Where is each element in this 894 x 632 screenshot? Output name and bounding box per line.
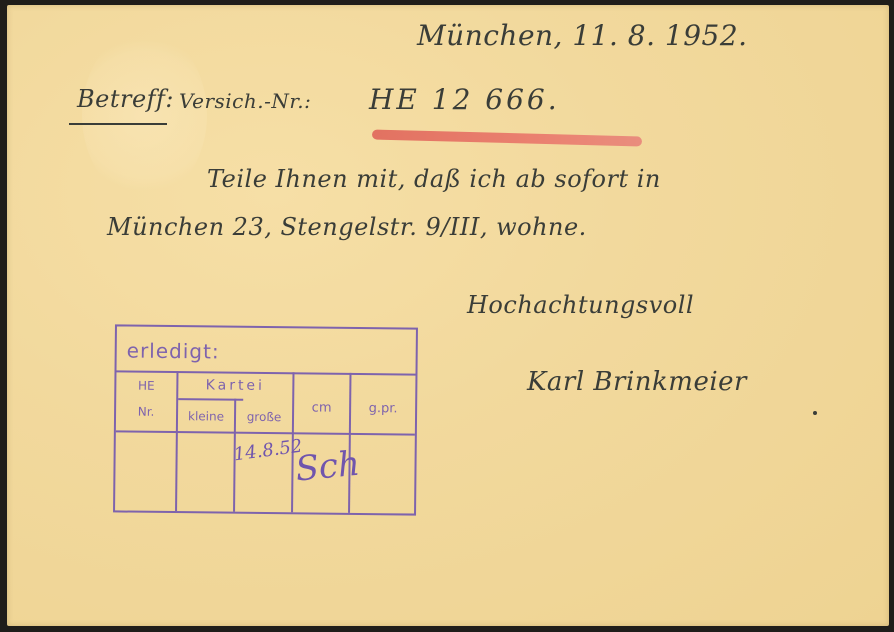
red-pencil-underline (372, 129, 642, 146)
subject-field-label: Versich.-Nr.: (179, 89, 311, 113)
signature-period (813, 411, 817, 415)
stamp-col-kleine: kleine (178, 409, 234, 424)
stamp-col-kartei: Kartei (178, 377, 292, 394)
stamp-col-cm: cm (294, 400, 349, 416)
erledigt-stamp: erledigt: HE Nr. Kartei kleine große cm … (113, 324, 418, 515)
handwritten-initials: Sch (294, 444, 362, 490)
body-line-1: Teile Ihnen mit, daß ich ab sofort in (207, 165, 661, 193)
subject-label: Betreff: (77, 85, 174, 113)
signature: Karl Brinkmeier (527, 367, 747, 397)
subject-underline (69, 123, 167, 125)
stamp-col-gepr: g.pr. (351, 401, 415, 417)
stamp-col-nr: Nr. (116, 404, 176, 419)
postcard: München, 11. 8. 1952. Betreff: Versich.-… (7, 5, 889, 626)
stamp-divider (116, 430, 415, 435)
stamp-col-grosse: große (236, 410, 292, 425)
stamp-divider (348, 373, 351, 513)
stamp-title: erledigt: (127, 339, 220, 364)
closing: Hochachtungsvoll (467, 291, 694, 319)
stamp-col-he: HE (116, 378, 176, 393)
date-line: München, 11. 8. 1952. (417, 19, 748, 52)
body-line-2: München 23, Stengelstr. 9/III, wohne. (107, 213, 587, 241)
insurance-number: HE 12 666. (369, 83, 560, 116)
embossed-seal (82, 30, 207, 200)
stamp-divider (116, 370, 415, 375)
